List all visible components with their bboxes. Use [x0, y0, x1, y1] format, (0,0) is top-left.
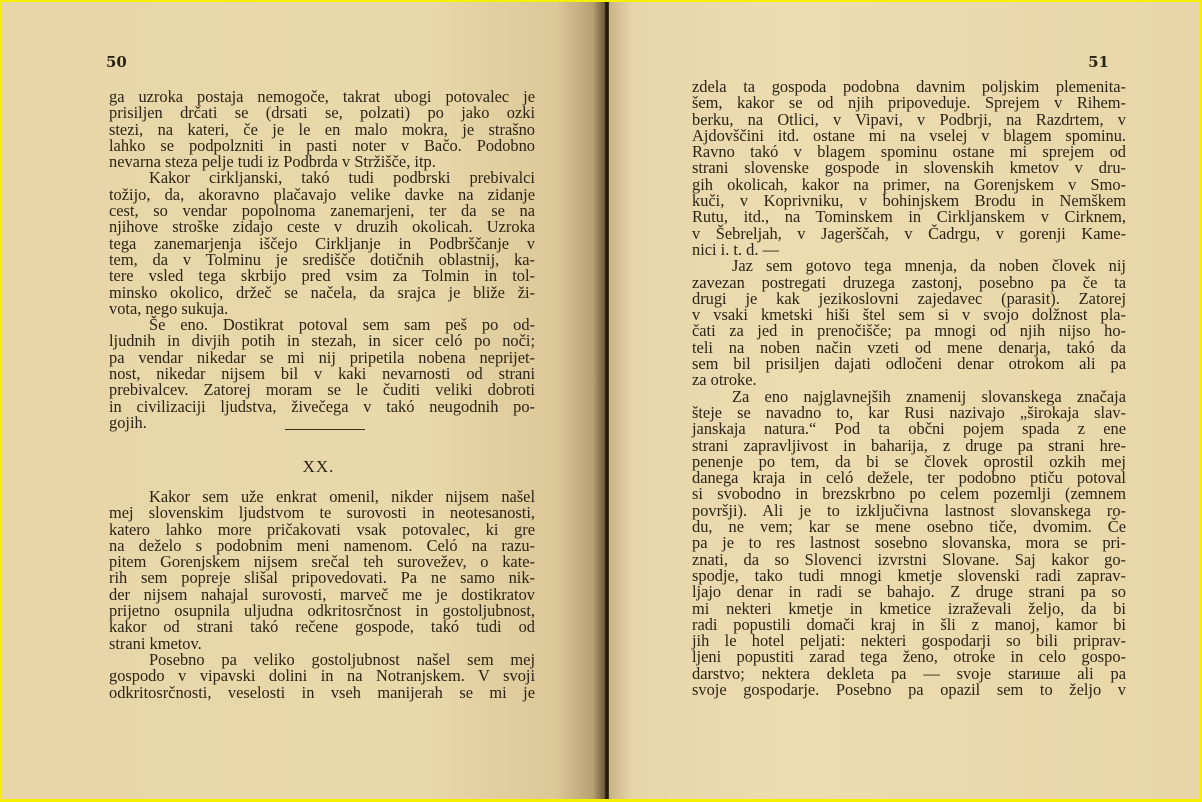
- right-page: 51 zdela ta gospoda podobna davnim poljs…: [609, 2, 1199, 799]
- section-divider: [285, 429, 365, 430]
- text-line: in civilizaciji ljudstva, živečega v tak…: [109, 399, 535, 415]
- page-number: 50: [106, 53, 127, 71]
- text-line: odkritosrčnosti, veselosti in vseh manij…: [109, 685, 535, 701]
- book-spread: 50 ga uzroka postaja nemogoče, takrat ub…: [2, 2, 1199, 799]
- left-page: 50 ga uzroka postaja nemogoče, takrat ub…: [2, 2, 605, 799]
- chapter-heading: XX.: [2, 457, 605, 477]
- paragraph-block: zdela ta gospoda podobna davnim poljskim…: [692, 79, 1126, 698]
- page-number: 51: [1088, 53, 1109, 71]
- paragraph-block: Kakor sem uže enkrat omenil, nikder nijs…: [109, 489, 535, 701]
- paragraph-block: ga uzroka postaja nemogoče, takrat ubogi…: [109, 89, 535, 431]
- text-line: sem bil prisiljen dajati odločeni denar …: [692, 356, 1126, 372]
- text-line: svoje gospodarje. Posebno pa opazil sem …: [692, 682, 1126, 698]
